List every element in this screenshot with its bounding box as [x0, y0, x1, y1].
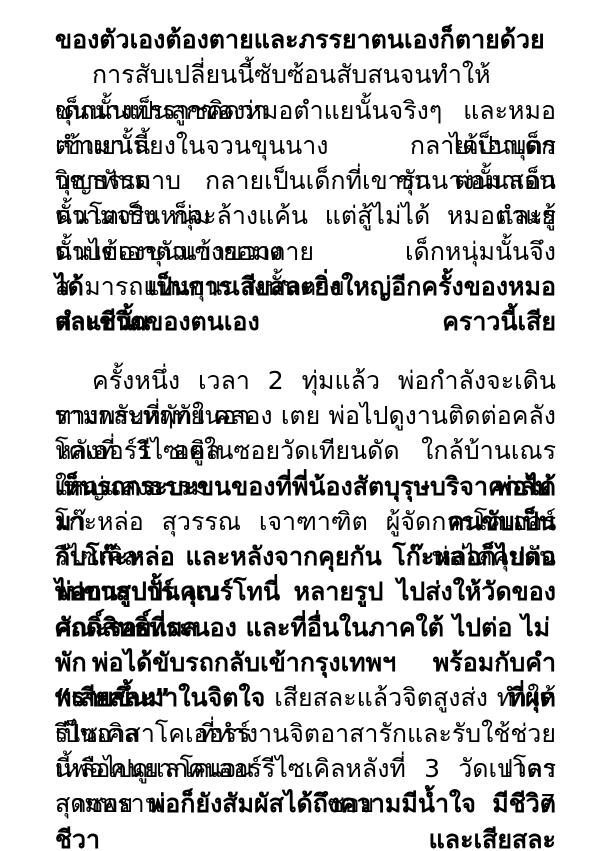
bold-text-segment: พรายขึ้นมาในจิตใจ — [55, 683, 265, 712]
text-line: พรายขึ้นมาในจิตใจ เสียสละแล้วจิตสูงส่ง ท… — [55, 680, 556, 715]
text-line: โก๊ะหล่อ สุวรรณ เจาฑาฑิต ผู้จัดการโคเออร… — [55, 504, 556, 539]
text-segment: สุดซอย — [55, 789, 149, 818]
text-line: รีไซเคิล ที่ทำงานจิตอาสารักและรับใช้ช่วย… — [55, 716, 556, 751]
text-line: เห็นรถกระบะขนของที่พี่น้องสัตบุรุษบริจาค… — [55, 469, 556, 504]
text-line: รามพระหฤทัย คลอง เตย พ่อไปดูงานติดต่อคลั… — [55, 398, 556, 433]
text-line: ศักดิ์สิทธิ์ที่ระนอง และที่อื่นในภาคใต้ … — [55, 610, 556, 645]
bold-text-segment: สละชีวิตของตนเอง — [55, 307, 260, 336]
text-line: หลังที่ 1 อยู่ในซอยวัดเทียนดัด ใกล้บ้านเ… — [55, 433, 556, 468]
text-line: เด็กนั้นเป็นลูกของหมอตำแยนั้นจริงๆ และหม… — [55, 93, 556, 128]
text-line: ได้ เป็นการเสียสละยิ่งใหญ่อีกครั้งของหมอ… — [55, 269, 556, 304]
text-line: การสับเปลี่ยนนี้ซับซ้อนสับสนจนทำให้ขุนนา… — [55, 57, 556, 92]
text-line: ดาบของขุนนางยอมตาย เด็กหนุ่มนั้นจึงสามาร… — [55, 234, 556, 269]
text-line: กับโก๊ะหล่อ และหลังจากคุยกัน โก๊ะหล่อก็ไ… — [55, 539, 556, 574]
text-line: นี้พ่อไปดูแลโคเออร์รีไซเคิลหลังที่ 3 วัด… — [55, 751, 556, 786]
text-line: ครั้งหนึ่ง เวลา 2 ทุ่มแล้ว พ่อกำลังจะเดิ… — [55, 363, 556, 398]
text-line: พ่อกาสปาร์ แบร์โทนี่ หลายรูป ไปส่งให้วัด… — [55, 574, 556, 609]
text-line: ของตัวเองต้องตายและภรรยาตนเองก็ตายด้วย — [55, 22, 556, 57]
text-line: พ่อได้ขับรถกลับเข้ากรุงเทพฯ พร้อมกับคำ “… — [55, 645, 556, 680]
bold-text-segment: ของตัวเองต้องตายและภรรยาตนเองก็ตายด้วย — [55, 25, 545, 54]
paragraph-gap — [55, 340, 556, 363]
document-page: ของตัวเองต้องตายและภรรยาตนเองก็ตายด้วยกา… — [0, 0, 600, 851]
text-line: เข้ามาเลี้ยงในจวนขุนนาง กลายเป็นบุตรบุญธ… — [55, 128, 556, 163]
text-line: วิชาฟันดาบ กลายเป็นเด็กที่เขารัก ต่อมาเด… — [55, 163, 556, 198]
text-line: สุดซอย พ่อก็ยังสัมผัสได้ถึงความมีน้ำใจ ม… — [55, 786, 556, 821]
text-line: ความจริง ก็จะล้างแค้น แต่สู้ไม่ได้ หมอตำ… — [55, 198, 556, 233]
